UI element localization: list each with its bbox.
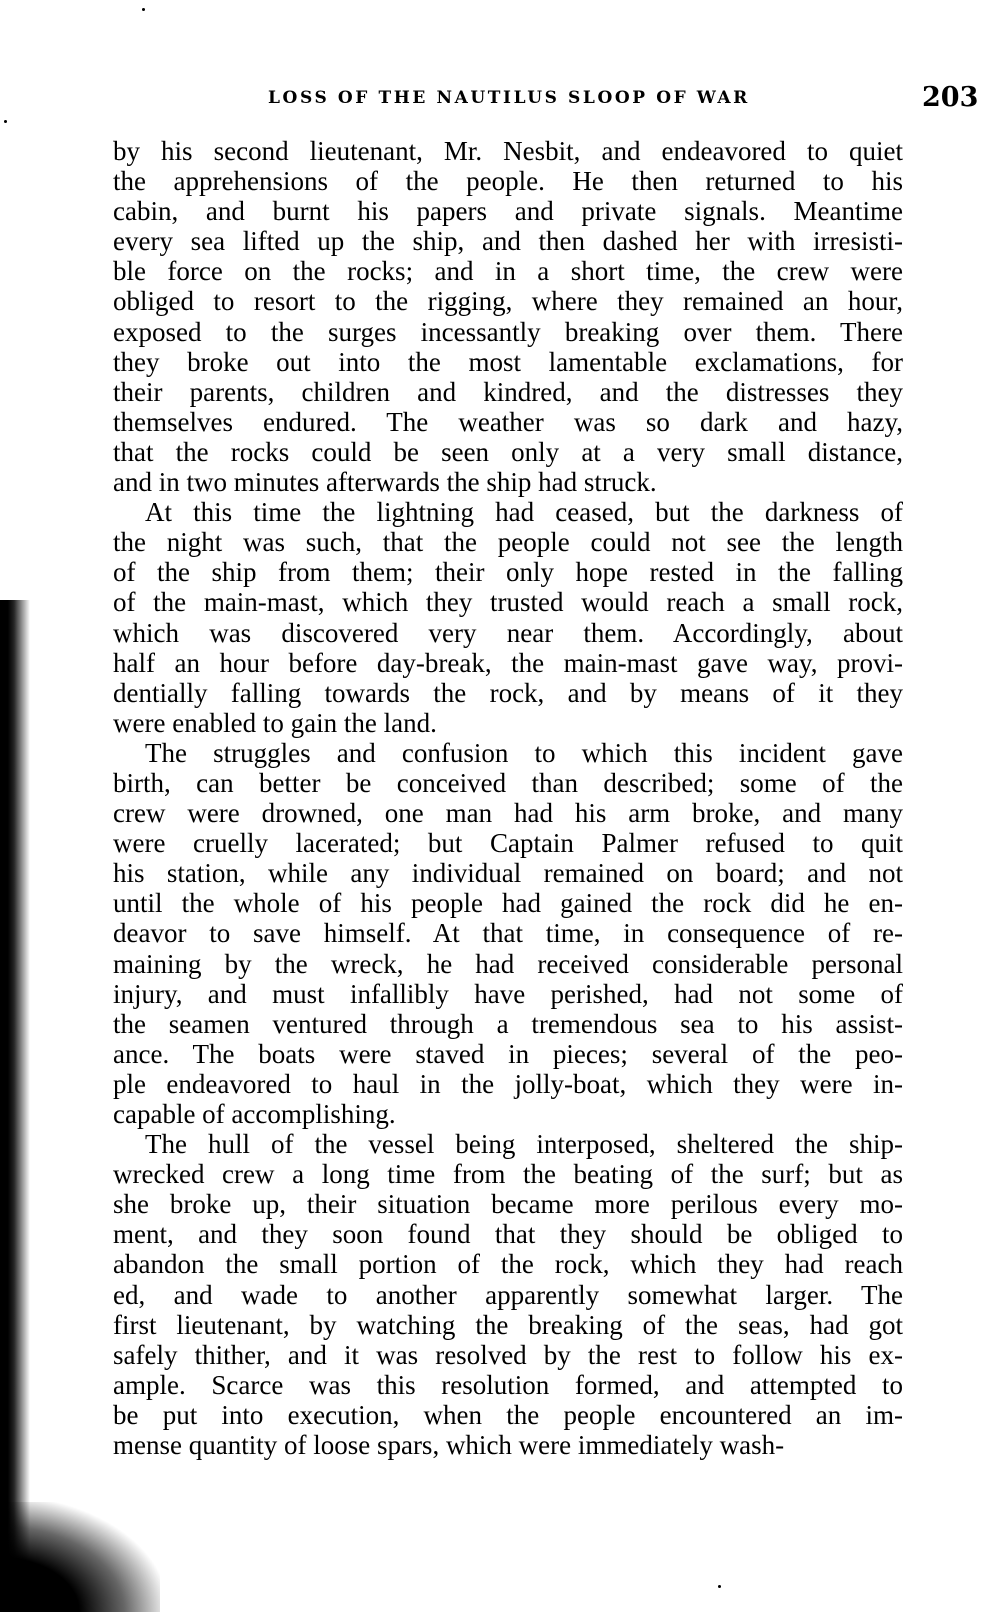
text-line: exposed to the surges incessantly breaki…	[113, 317, 903, 347]
text-line: ample. Scarce was this resolution formed…	[113, 1370, 903, 1400]
paragraph: by his second lieutenant, Mr. Nesbit, an…	[113, 136, 903, 497]
text-line: wrecked crew a long time from the beatin…	[113, 1159, 903, 1189]
text-line: injury, and must infallibly have perishe…	[113, 979, 903, 1009]
text-line: ple endeavored to haul in the jolly-boat…	[113, 1069, 903, 1099]
scan-speck	[718, 1585, 721, 1588]
text-line: she broke up, their situation became mor…	[113, 1189, 903, 1219]
text-line: every sea lifted up the ship, and then d…	[113, 226, 903, 256]
running-head-title: LOSS OF THE NAUTILUS SLOOP OF WAR	[268, 88, 750, 108]
text-line: that the rocks could be seen only at a v…	[113, 437, 903, 467]
text-line: they broke out into the most lamentable …	[113, 347, 903, 377]
scan-speck	[142, 8, 145, 11]
text-line: the night was such, that the people coul…	[113, 527, 903, 557]
text-line: maining by the wreck, he had received co…	[113, 949, 903, 979]
text-line: ed, and wade to another apparently somew…	[113, 1280, 903, 1310]
scan-binding-shadow	[0, 600, 90, 1612]
text-line: mense quantity of loose spars, which wer…	[113, 1430, 903, 1460]
text-line: until the whole of his people had gained…	[113, 888, 903, 918]
text-line: be put into execution, when the people e…	[113, 1400, 903, 1430]
body-text: by his second lieutenant, Mr. Nesbit, an…	[113, 136, 903, 1460]
text-line: At this time the lightning had ceased, b…	[113, 497, 903, 527]
text-line: by his second lieutenant, Mr. Nesbit, an…	[113, 136, 903, 166]
scan-speck	[4, 120, 7, 123]
text-line: ble force on the rocks; and in a short t…	[113, 256, 903, 286]
text-line: ance. The boats were staved in pieces; s…	[113, 1039, 903, 1069]
text-line: half an hour before day-break, the main-…	[113, 648, 903, 678]
text-line: ment, and they soon found that they shou…	[113, 1219, 903, 1249]
text-line: dentially falling towards the rock, and …	[113, 678, 903, 708]
text-line: obliged to resort to the rigging, where …	[113, 286, 903, 316]
text-line: birth, can better be conceived than desc…	[113, 768, 903, 798]
scan-corner-shadow	[0, 1502, 160, 1612]
text-line: the apprehensions of the people. He then…	[113, 166, 903, 196]
page-number: 203	[922, 82, 978, 113]
text-line: abandon the small portion of the rock, w…	[113, 1249, 903, 1279]
text-line: crew were drowned, one man had his arm b…	[113, 798, 903, 828]
running-header: LOSS OF THE NAUTILUS SLOOP OF WAR 203	[268, 86, 968, 116]
text-line: capable of accomplishing.	[113, 1099, 903, 1129]
paragraph: At this time the lightning had ceased, b…	[113, 497, 903, 738]
text-line: The struggles and confusion to which thi…	[113, 738, 903, 768]
text-line: and in two minutes afterwards the ship h…	[113, 467, 903, 497]
text-line: of the main-mast, which they trusted wou…	[113, 587, 903, 617]
paragraph: The hull of the vessel being interposed,…	[113, 1129, 903, 1460]
text-line: first lieutenant, by watching the breaki…	[113, 1310, 903, 1340]
text-line: were cruelly lacerated; but Captain Palm…	[113, 828, 903, 858]
text-line: cabin, and burnt his papers and private …	[113, 196, 903, 226]
text-line: of the ship from them; their only hope r…	[113, 557, 903, 587]
text-line: the seamen ventured through a tremendous…	[113, 1009, 903, 1039]
text-line: were enabled to gain the land.	[113, 708, 903, 738]
text-line: deavor to save himself. At that time, in…	[113, 918, 903, 948]
text-line: their parents, children and kindred, and…	[113, 377, 903, 407]
text-line: The hull of the vessel being interposed,…	[113, 1129, 903, 1159]
text-line: which was discovered very near them. Acc…	[113, 618, 903, 648]
text-line: safely thither, and it was resolved by t…	[113, 1340, 903, 1370]
book-page: LOSS OF THE NAUTILUS SLOOP OF WAR 203 by…	[0, 0, 1000, 1612]
text-line: his station, while any individual remain…	[113, 858, 903, 888]
paragraph: The struggles and confusion to which thi…	[113, 738, 903, 1129]
text-line: themselves endured. The weather was so d…	[113, 407, 903, 437]
